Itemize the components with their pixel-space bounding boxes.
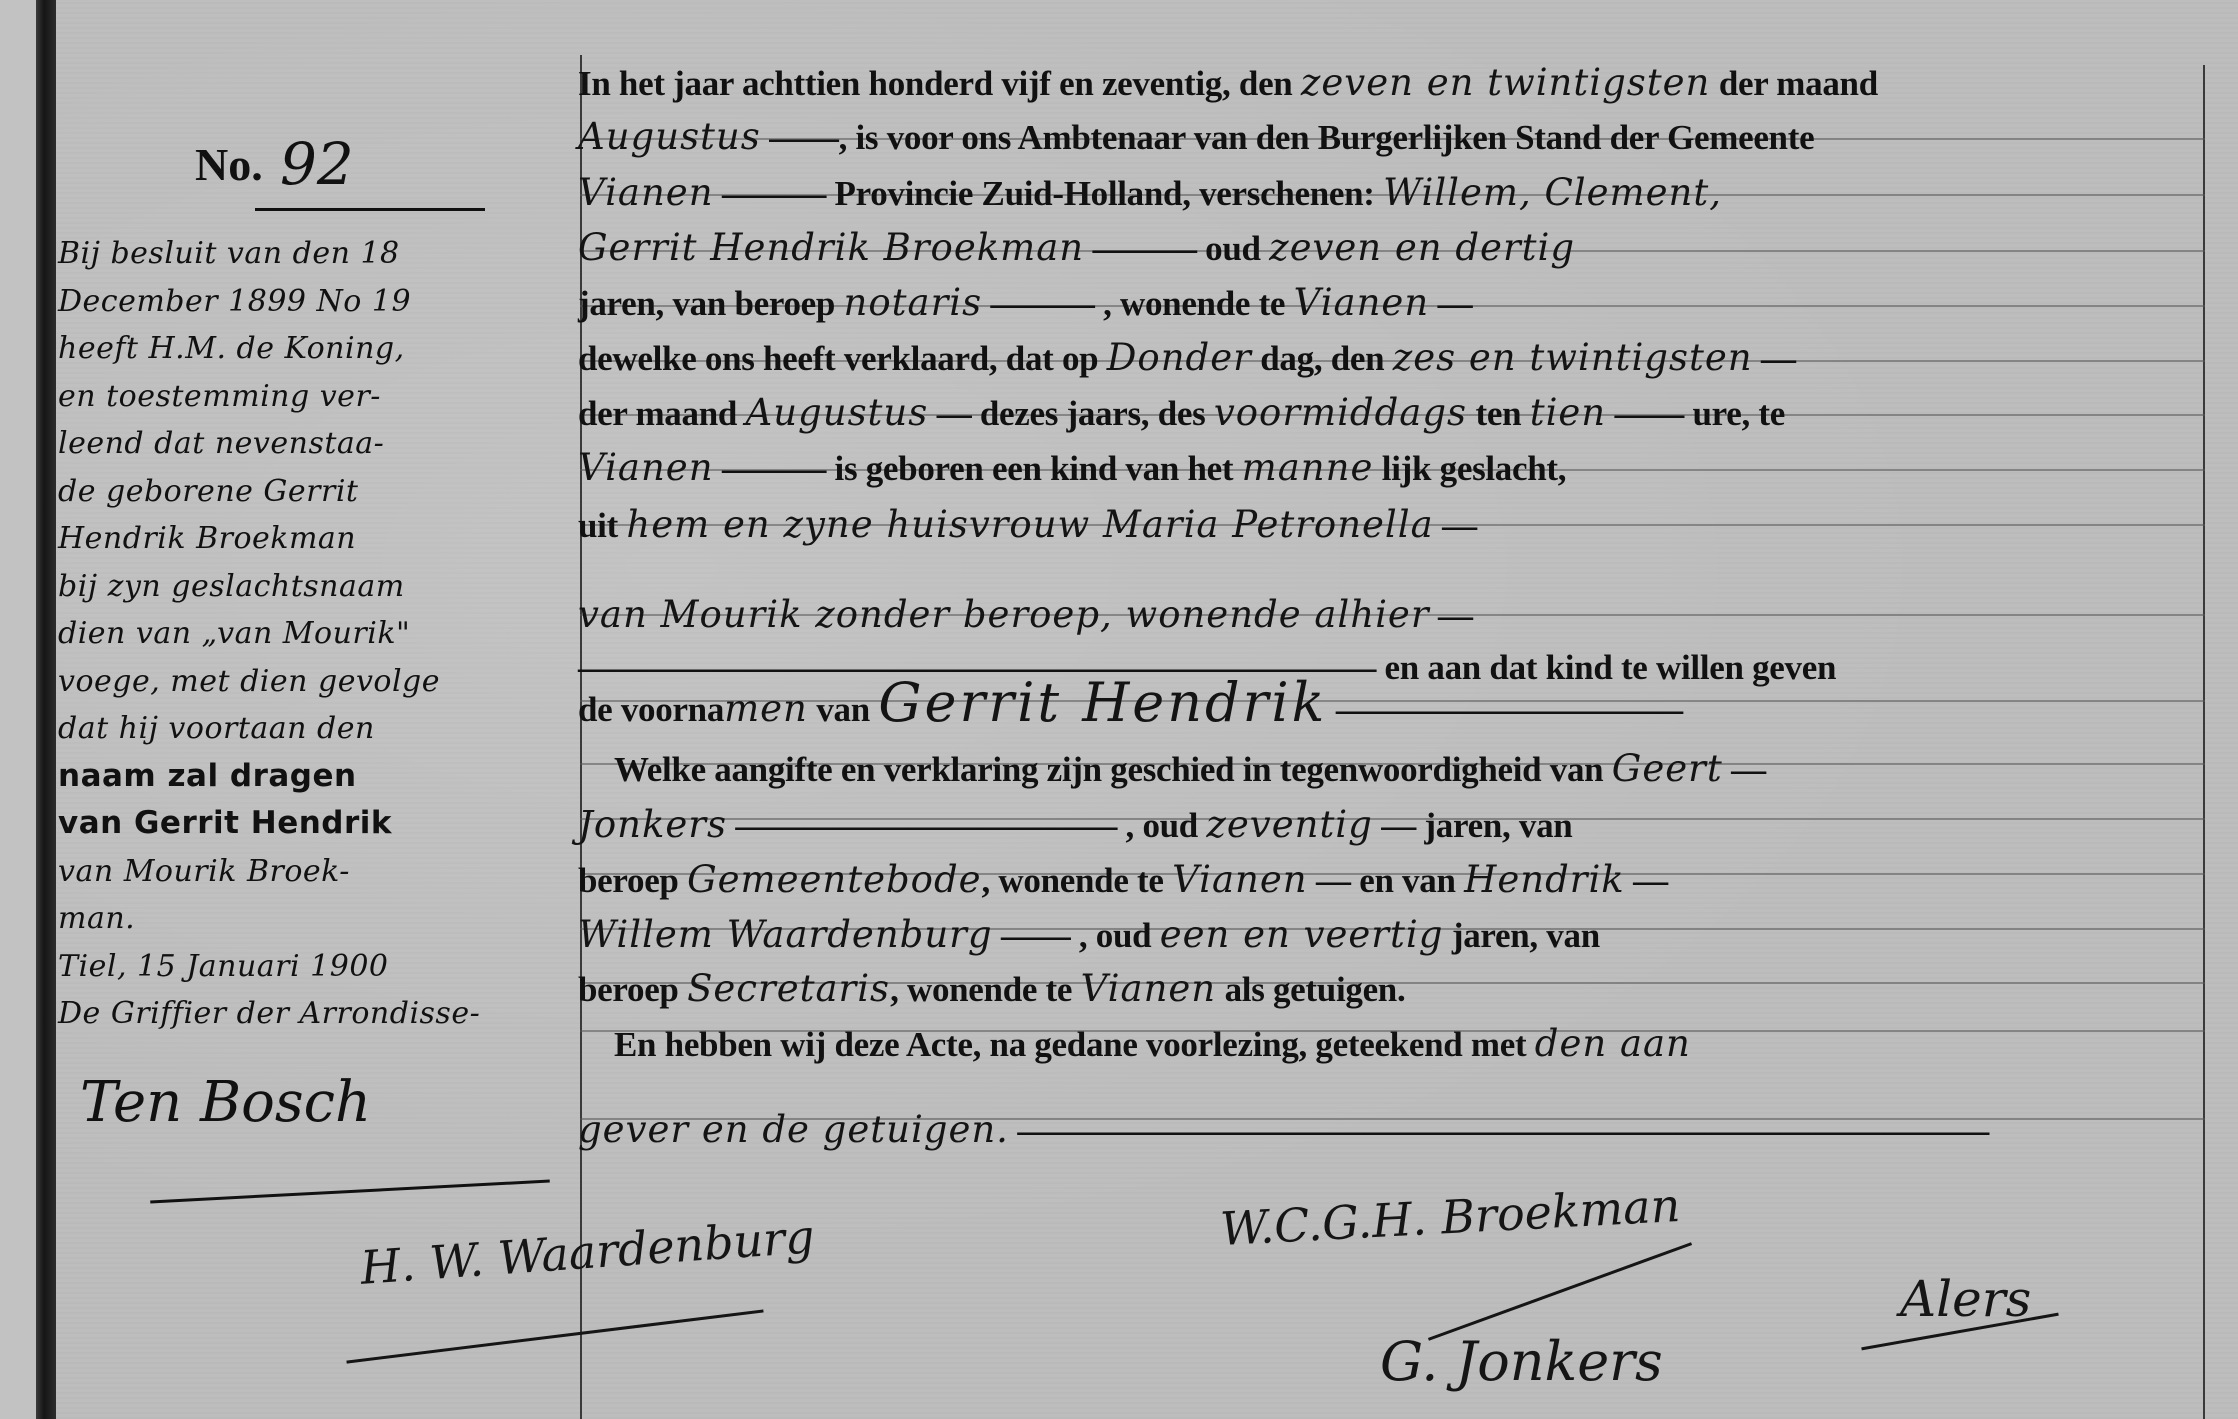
handwritten-entry: een en veertig bbox=[1160, 913, 1444, 956]
handwritten-entry: zeventig bbox=[1206, 803, 1372, 846]
margin-line: en toestemming ver- bbox=[58, 373, 558, 421]
form-row: Welke aangifte en verklaring zijn geschi… bbox=[578, 749, 1766, 790]
printed-text: Welke aangifte en verklaring zijn geschi… bbox=[614, 750, 1612, 789]
margin-line: Tiel, 15 Januari 1900 bbox=[58, 943, 558, 991]
handwritten-entry: Augustus bbox=[578, 115, 761, 158]
handwritten-entry: Gerrit Hendrik bbox=[878, 671, 1327, 734]
printed-text: — bbox=[1434, 506, 1477, 545]
margin-line: voege, met dien gevolge bbox=[58, 658, 558, 706]
signature-underline bbox=[346, 1309, 763, 1363]
handwritten-entry: den aan bbox=[1535, 1022, 1691, 1065]
printed-text: , wonende te bbox=[890, 970, 1081, 1009]
form-row: van Mourik zonder beroep, wonende alhier… bbox=[578, 595, 1473, 636]
margin-line: December 1899 No 19 bbox=[58, 278, 558, 326]
record-number-label: No. bbox=[195, 138, 263, 191]
form-row: Vianen ——— Provincie Zuid-Holland, versc… bbox=[578, 173, 1722, 214]
printed-text: der maand bbox=[1710, 64, 1878, 103]
record-number: 92 bbox=[280, 130, 354, 198]
printed-text: — en van bbox=[1308, 861, 1464, 900]
form-row: jaren, van beroep notaris ——— , wonende … bbox=[578, 283, 1472, 324]
outer-margin bbox=[0, 0, 36, 1419]
handwritten-entry: Hendrik bbox=[1464, 858, 1625, 901]
printed-text: — bbox=[1753, 339, 1796, 378]
printed-text: als getuigen. bbox=[1216, 970, 1405, 1009]
printed-text: beroep bbox=[578, 970, 687, 1009]
printed-text: En hebben wij deze Acte, na gedane voorl… bbox=[614, 1025, 1535, 1064]
printed-text: jaren, van beroep bbox=[578, 284, 844, 323]
handwritten-entry: gever en de getuigen. bbox=[578, 1108, 1009, 1151]
printed-text: —————————— bbox=[1327, 690, 1682, 729]
margin-line: leend dat nevenstaa- bbox=[58, 420, 558, 468]
printed-text: ——— Provincie Zuid-Holland, verschenen: bbox=[714, 174, 1384, 213]
handwritten-entry: tien bbox=[1530, 391, 1606, 434]
printed-text: ——————————— , oud bbox=[727, 806, 1206, 845]
margin-line: dien van „van Mourik" bbox=[58, 610, 558, 658]
handwritten-entry: zeven en twintigsten bbox=[1301, 61, 1710, 104]
handwritten-entry: voormiddags bbox=[1214, 391, 1467, 434]
printed-text: de voorna bbox=[578, 690, 724, 729]
handwritten-entry: zeven en dertig bbox=[1269, 226, 1575, 269]
register-page: No. 92 Bij besluit van den 18 December 1… bbox=[0, 0, 2238, 1419]
printed-text: ——— , wonende te bbox=[982, 284, 1294, 323]
signature-jonkers: G. Jonkers bbox=[1380, 1330, 1663, 1393]
handwritten-entry: notaris bbox=[844, 281, 983, 324]
handwritten-entry: zes en twintigsten bbox=[1393, 336, 1753, 379]
handwritten-entry: Willem, Clement, bbox=[1383, 171, 1722, 214]
form-row: In het jaar achttien honderd vijf en zev… bbox=[578, 63, 1878, 104]
book-binding-edge bbox=[36, 0, 56, 1419]
signature-broekman: W.C.G.H. Broekman bbox=[1219, 1178, 1682, 1256]
margin-line-date: man. bbox=[58, 895, 558, 943]
handwritten-entry: Willem Waardenburg bbox=[578, 913, 993, 956]
printed-text: dewelke ons heeft verklaard, dat op bbox=[578, 339, 1107, 378]
printed-text: —— ure, te bbox=[1606, 394, 1785, 433]
margin-line: De Griffier der Arrondisse- bbox=[58, 990, 558, 1038]
form-row: beroep Secretaris, wonende te Vianen als… bbox=[578, 969, 1405, 1010]
margin-line: dat hij voortaan den bbox=[58, 705, 558, 753]
form-row: En hebben wij deze Acte, na gedane voorl… bbox=[578, 1024, 1691, 1065]
handwritten-entry: Vianen bbox=[1294, 281, 1430, 324]
form-row: beroep Gemeentebode, wonende te Vianen —… bbox=[578, 860, 1668, 901]
printed-text: ——— oud bbox=[1084, 229, 1269, 268]
handwritten-entry: Geert bbox=[1612, 747, 1723, 790]
printed-text: —— , oud bbox=[993, 916, 1160, 955]
margin-line-new-name: naam zal dragen bbox=[58, 753, 558, 801]
record-number-underline bbox=[255, 208, 485, 211]
form-row: Vianen ——— is geboren een kind van het m… bbox=[578, 448, 1566, 489]
printed-text: uit bbox=[578, 506, 626, 545]
margin-line: de geborene Gerrit bbox=[58, 468, 558, 516]
handwritten-entry: Vianen bbox=[1172, 858, 1308, 901]
printed-text: — bbox=[1625, 861, 1668, 900]
handwritten-entry: Jonkers bbox=[578, 803, 727, 846]
printed-text: ——— is geboren een kind van het bbox=[714, 449, 1242, 488]
margin-line: heeft H.M. de Koning, bbox=[58, 325, 558, 373]
handwritten-entry: van Mourik zonder beroep, wonende alhier bbox=[578, 593, 1430, 636]
printed-text: — dezes jaars, des bbox=[928, 394, 1214, 433]
form-row: dewelke ons heeft verklaard, dat op Dond… bbox=[578, 338, 1796, 379]
handwritten-entry: Gerrit Hendrik Broekman bbox=[578, 226, 1084, 269]
margin-line: Bij besluit van den 18 bbox=[58, 230, 558, 278]
handwritten-entry: Secretaris bbox=[687, 967, 890, 1010]
form-row: Jonkers ——————————— , oud zeventig — jar… bbox=[578, 805, 1572, 846]
form-row: gever en de getuigen. ——————————————————… bbox=[578, 1110, 1989, 1151]
signature-waardenburg: H. W. Waardenburg bbox=[359, 1209, 816, 1295]
form-right-rule bbox=[2203, 65, 2205, 1419]
margin-line: van Mourik Broek- bbox=[58, 848, 558, 896]
printed-text: jaren, van bbox=[1443, 916, 1599, 955]
handwritten-entry: hem en zyne huisvrouw Maria Petronella bbox=[626, 503, 1433, 546]
handwritten-entry: Vianen bbox=[578, 171, 714, 214]
margin-signature-line bbox=[150, 1180, 550, 1204]
printed-text: — jaren, van bbox=[1373, 806, 1573, 845]
signature-official: Alers bbox=[1900, 1270, 2031, 1328]
margin-line: bij zyn geslachtsnaam bbox=[58, 563, 558, 611]
margin-line: Hendrik Broekman bbox=[58, 515, 558, 563]
handwritten-entry: men bbox=[724, 687, 808, 730]
printed-text: dag, den bbox=[1252, 339, 1393, 378]
printed-text: ———————————————————————————— bbox=[1009, 1111, 1989, 1150]
handwritten-entry: Gemeentebode bbox=[687, 858, 981, 901]
form-row: Augustus ——, is voor ons Ambtenaar van d… bbox=[578, 117, 1814, 158]
printed-text: In het jaar achttien honderd vijf en zev… bbox=[578, 64, 1301, 103]
printed-text: — bbox=[1723, 750, 1766, 789]
margin-line-new-name: van Gerrit Hendrik bbox=[58, 800, 558, 848]
form-row: Willem Waardenburg —— , oud een en veert… bbox=[578, 915, 1600, 956]
margin-signature: Ten Bosch bbox=[80, 1070, 371, 1135]
printed-text: ——, is voor ons Ambtenaar van den Burger… bbox=[761, 118, 1815, 157]
printed-text: , wonende te bbox=[982, 861, 1173, 900]
signature-underline bbox=[1428, 1242, 1692, 1341]
printed-text: lijk geslacht, bbox=[1373, 449, 1566, 488]
handwritten-entry: Vianen bbox=[578, 446, 714, 489]
printed-text: beroep bbox=[578, 861, 687, 900]
handwritten-entry: Vianen bbox=[1081, 967, 1217, 1010]
margin-annotation: Bij besluit van den 18 December 1899 No … bbox=[58, 230, 558, 1038]
printed-text: van bbox=[808, 690, 878, 729]
printed-text: — bbox=[1429, 284, 1472, 323]
form-row: Gerrit Hendrik Broekman ——— oud zeven en… bbox=[578, 228, 1575, 269]
handwritten-entry: Augustus bbox=[746, 391, 929, 434]
printed-text: der maand bbox=[578, 394, 746, 433]
form-row: der maand Augustus — dezes jaars, des vo… bbox=[578, 393, 1785, 434]
printed-text: — bbox=[1430, 596, 1473, 635]
printed-text: ten bbox=[1467, 394, 1530, 433]
handwritten-entry: manne bbox=[1242, 446, 1374, 489]
handwritten-entry: Donder bbox=[1107, 336, 1252, 379]
form-row: uit hem en zyne huisvrouw Maria Petronel… bbox=[578, 505, 1477, 546]
form-row: de voornamen van Gerrit Hendrik ————————… bbox=[578, 683, 1683, 730]
